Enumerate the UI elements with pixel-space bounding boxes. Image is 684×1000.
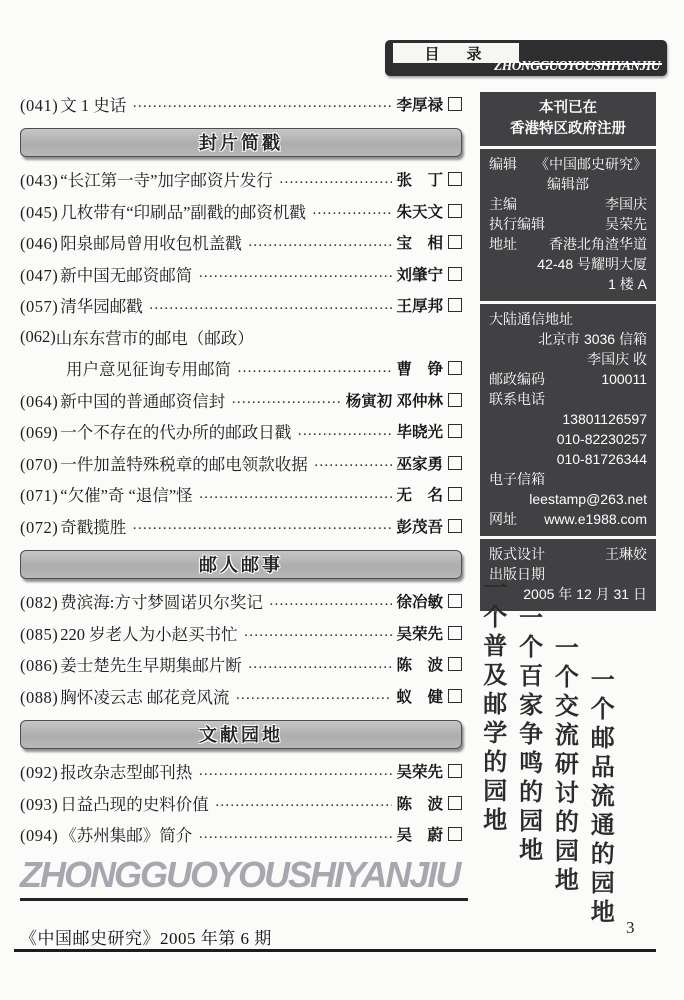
entry-title: 新中国无邮资邮简 xyxy=(60,266,192,285)
checkbox-icon xyxy=(448,267,462,281)
registration-line1: 本刊已在 xyxy=(484,98,652,119)
entry-title: 新中国的普通邮资信封 xyxy=(60,392,225,411)
entry-number: (086) xyxy=(20,656,58,675)
dot-leader xyxy=(231,391,341,408)
checkbox-icon xyxy=(448,487,462,501)
slogan-column-1: 一个普及邮学的园地 xyxy=(477,575,506,836)
editor-value: 《中国邮史研究》 xyxy=(535,154,647,174)
toc-entry: (069)一个不存在的代办所的邮政日戳 毕晓光 xyxy=(20,416,462,448)
dot-leader xyxy=(215,794,393,811)
entry-title: 奇戳揽胜 xyxy=(60,518,126,537)
toc-entry: (043)“长江第一寺”加字邮资片发行 张 丁 xyxy=(20,164,462,196)
phone-number: 010-81726344 xyxy=(489,449,647,469)
entry-title: 一件加盖特殊税章的邮电领款收据 xyxy=(60,455,308,474)
entry-number: (041) xyxy=(20,96,58,115)
zip-label: 邮政编码 xyxy=(489,369,545,389)
registration-section: 本刊已在 香港特区政府注册 xyxy=(480,92,656,146)
dot-leader xyxy=(199,486,393,503)
toc-entry: (045)几枚带有“印刷品”副戳的邮资机戳 朱天文 xyxy=(20,195,462,227)
dot-leader xyxy=(269,593,393,610)
dot-leader xyxy=(244,624,393,641)
entry-author: 宝 相 xyxy=(396,231,443,253)
entry-author: 杨寅初 邓仲林 xyxy=(346,389,443,411)
footer-rule xyxy=(14,949,656,952)
dot-leader xyxy=(198,826,392,843)
dot-leader xyxy=(235,687,392,704)
checkbox-icon xyxy=(448,827,462,841)
phone-number: 010-82230257 xyxy=(489,429,647,449)
address-line3: 1 楼 A xyxy=(489,274,647,294)
toc-entry: (085)220 岁老人为小赵买书忙 吴荣先 xyxy=(20,617,462,649)
info-panel: 本刊已在 香港特区政府注册 编辑 《中国邮史研究》 编辑部 主编 李国庆 执行编… xyxy=(480,92,656,614)
entry-number: (064) xyxy=(20,392,58,411)
dot-leader xyxy=(297,423,392,440)
section-title: 封片简戳 xyxy=(199,129,283,155)
entry-author: 陈 波 xyxy=(396,653,443,675)
toc-entry: (057)清华园邮戳 王厚邦 xyxy=(20,290,462,322)
entry-title: 清华园邮戳 xyxy=(60,297,143,316)
checkbox-icon xyxy=(448,519,462,533)
slogan-column-4: 一个邮品流通的园地 xyxy=(584,667,613,928)
entry-number: (043) xyxy=(20,171,58,190)
entry-title: 用户意见征询专用邮简 xyxy=(66,360,231,379)
checkbox-icon xyxy=(448,456,462,470)
entry-title: “长江第一寺”加字邮资片发行 xyxy=(60,171,273,190)
entry-author: 王厚邦 xyxy=(396,294,443,316)
toc-title: 目 录 xyxy=(424,43,487,64)
toc-entry: (086)姜士楚先生早期集邮片断 陈 波 xyxy=(20,649,462,681)
toc-entry: (046)阳泉邮局曾用收包机盖戳 宝 相 xyxy=(20,227,462,259)
dot-leader xyxy=(237,360,392,377)
chief-editor-value: 李国庆 xyxy=(605,194,647,214)
entry-number: (071) xyxy=(20,486,58,505)
entry-author: 无 名 xyxy=(396,483,443,505)
toc-entry: (088)胸怀凌云志 邮花竞风流 蚁 健 xyxy=(20,680,462,712)
checkbox-icon xyxy=(448,298,462,312)
checkbox-icon xyxy=(448,764,462,778)
address-label: 地址 xyxy=(489,234,517,254)
entry-author: 张 丁 xyxy=(396,168,443,190)
checkbox-icon xyxy=(448,393,462,407)
chief-editor-label: 主编 xyxy=(489,194,517,214)
email-label: 电子信箱 xyxy=(489,469,647,489)
toc-entry: (072)奇戳揽胜 彭茂吾 xyxy=(20,510,462,542)
checkbox-icon xyxy=(448,657,462,671)
entry-number: (072) xyxy=(20,518,58,537)
entry-title: “欠催”奇 “退信”怪 xyxy=(60,486,192,505)
entry-number: (094) xyxy=(20,826,58,845)
section-bar-yourenyoushi: 邮人邮事 xyxy=(20,550,462,579)
toc-entry: (092)报改杂志型邮刊热 吴荣先 xyxy=(20,756,462,788)
entry-author: 巫家勇 xyxy=(396,452,443,474)
entry-title: 胸怀凌云志 邮花竞风流 xyxy=(60,688,229,707)
toc-entry: (064)新中国的普通邮资信封 杨寅初 邓仲林 xyxy=(20,384,462,416)
toc-entry: (047)新中国无邮资邮简 刘肇宁 xyxy=(20,258,462,290)
entry-title: 文 1 史话 xyxy=(60,96,126,115)
entry-number: (082) xyxy=(20,593,58,612)
slogan-column-2: 一个百家争鸣的园地 xyxy=(513,605,542,866)
entry-author: 李厚禄 xyxy=(396,93,443,115)
dot-leader xyxy=(132,95,392,112)
address-line2: 42-48 号耀明大厦 xyxy=(489,254,647,274)
entry-title: 报改杂志型邮刊热 xyxy=(60,763,192,782)
entry-number: (062) xyxy=(20,327,56,347)
exec-editor-value: 吴荣先 xyxy=(605,214,647,234)
watermark-underline xyxy=(20,898,468,901)
entry-number: (093) xyxy=(20,795,58,814)
journal-romanized-watermark: ZHONGGUOYOUSHIYANJIU xyxy=(20,854,462,896)
address-value: 香港北角渣华道 xyxy=(549,234,647,254)
entry-author: 徐冶敏 xyxy=(396,590,443,612)
mainland-line2: 李国庆 收 xyxy=(489,349,647,369)
toc-entry-pretitle: (062)山东东营市的邮电（邮政） xyxy=(20,321,462,353)
checkbox-icon xyxy=(448,796,462,810)
web-label: 网址 xyxy=(489,509,517,529)
entry-title: 费滨海:方寸梦圆诺贝尔奖记 xyxy=(60,593,263,612)
journal-romanized-header: ZHONGGUOYOUSHIYANJIU xyxy=(494,58,660,74)
editorial-section: 编辑 《中国邮史研究》 编辑部 主编 李国庆 执行编辑 吴荣先 地址 香港北角渣… xyxy=(480,149,656,301)
entry-number: (045) xyxy=(20,203,58,222)
email-value: leestamp@263.net xyxy=(489,489,647,509)
checkbox-icon xyxy=(448,235,462,249)
entry-title: 几枚带有“印刷品”副戳的邮资机戳 xyxy=(60,203,306,222)
checkbox-icon xyxy=(448,594,462,608)
mainland-contact-section: 大陆通信地址 北京市 3036 信箱 李国庆 收 邮政编码 100011 联系电… xyxy=(480,304,656,536)
header-bar: 目 录 ZHONGGUOYOUSHIYANJIU xyxy=(385,40,667,76)
dot-leader xyxy=(312,202,393,219)
registration-line2: 香港特区政府注册 xyxy=(484,119,652,140)
entry-number: (046) xyxy=(20,234,58,253)
design-value: 王琳姣 xyxy=(605,544,647,564)
toc-entry: (094)《苏州集邮》简介 吴 蔚 xyxy=(20,819,462,851)
entry-author: 吴荣先 xyxy=(396,760,443,782)
entry-title: 220 岁老人为小赵买书忙 xyxy=(60,625,237,644)
dot-leader xyxy=(248,656,393,673)
entry-number: (092) xyxy=(20,763,58,782)
dot-leader xyxy=(314,454,393,471)
entry-title: 《苏州集邮》简介 xyxy=(60,826,192,845)
web-value: www.e1988.com xyxy=(544,509,647,529)
checkbox-icon xyxy=(448,204,462,218)
entry-number: (057) xyxy=(20,297,58,316)
entry-number: (069) xyxy=(20,423,58,442)
entry-title: 阳泉邮局曾用收包机盖戳 xyxy=(60,234,242,253)
entry-title: 姜士楚先生早期集邮片断 xyxy=(60,656,242,675)
entry-number: (088) xyxy=(20,688,58,707)
exec-editor-label: 执行编辑 xyxy=(489,214,545,234)
mainland-title: 大陆通信地址 xyxy=(489,309,647,329)
entry-author: 陈 波 xyxy=(396,792,443,814)
entry-title: 日益凸现的史料价值 xyxy=(60,795,209,814)
toc-entry: (093)日益凸现的史料价值 陈 波 xyxy=(20,787,462,819)
toc-entry: (070)一件加盖特殊税章的邮电领款收据 巫家勇 xyxy=(20,447,462,479)
page-number: 3 xyxy=(626,918,635,938)
phone-label: 联系电话 xyxy=(489,389,647,409)
mainland-line1: 北京市 3036 信箱 xyxy=(489,329,647,349)
checkbox-icon xyxy=(448,172,462,186)
editor-value2: 编辑部 xyxy=(489,174,647,194)
phone-number: 13801126597 xyxy=(489,409,647,429)
dot-leader xyxy=(198,265,392,282)
toc-entry: (071)“欠催”奇 “退信”怪 无 名 xyxy=(20,479,462,511)
checkbox-icon xyxy=(448,97,462,111)
entry-author: 毕晓光 xyxy=(396,420,443,442)
toc-entry-continuation: 用户意见征询专用邮简 曹 铮 xyxy=(20,353,462,385)
entry-title: 一个不存在的代办所的邮政日戳 xyxy=(60,423,291,442)
checkbox-icon xyxy=(448,424,462,438)
toc-list: (041)文 1 史话 李厚禄 封片简戳 (043)“长江第一寺”加字邮资片发行… xyxy=(20,88,462,901)
slogan-column-3: 一个交流研讨的园地 xyxy=(549,635,578,896)
section-title: 邮人邮事 xyxy=(199,551,283,577)
magazine-toc-page: 目 录 ZHONGGUOYOUSHIYANJIU (041)文 1 史话 李厚禄… xyxy=(0,0,684,1000)
entry-author: 蚁 健 xyxy=(396,685,443,707)
zip-value: 100011 xyxy=(601,369,647,389)
entry-author: 吴荣先 xyxy=(396,622,443,644)
entry-number: (070) xyxy=(20,455,58,474)
entry-number: (047) xyxy=(20,266,58,285)
checkbox-icon xyxy=(448,689,462,703)
section-bar-wenxianyuandi: 文献园地 xyxy=(20,720,462,749)
footer-issue-title: 《中国邮史研究》2005 年第 6 期 xyxy=(20,924,272,949)
toc-entry: (041)文 1 史话 李厚禄 xyxy=(20,88,462,120)
dot-leader xyxy=(248,234,393,251)
dot-leader xyxy=(279,171,393,188)
checkbox-icon xyxy=(448,361,462,375)
section-bar-fengpianjianzhuo: 封片简戳 xyxy=(20,128,462,157)
entry-author: 朱天文 xyxy=(396,200,443,222)
toc-entry: (082)费滨海:方寸梦圆诺贝尔奖记 徐冶敏 xyxy=(20,586,462,618)
checkbox-icon xyxy=(448,626,462,640)
editor-label: 编辑 xyxy=(489,154,517,174)
section-title: 文献园地 xyxy=(199,721,283,747)
design-label: 版式设计 xyxy=(489,544,545,564)
entry-author: 彭茂吾 xyxy=(396,515,443,537)
slogan-columns: 一个普及邮学的园地 一个百家争鸣的园地 一个交流研讨的园地 一个邮品流通的园地 xyxy=(477,575,620,928)
entry-number: (085) xyxy=(20,625,58,644)
entry-pretitle: 山东东营市的邮电（邮政） xyxy=(56,325,254,349)
entry-author: 曹 铮 xyxy=(396,357,443,379)
dot-leader xyxy=(149,297,393,314)
dot-leader xyxy=(198,763,392,780)
entry-author: 吴 蔚 xyxy=(396,823,443,845)
entry-author: 刘肇宁 xyxy=(396,263,443,285)
dot-leader xyxy=(132,517,392,534)
